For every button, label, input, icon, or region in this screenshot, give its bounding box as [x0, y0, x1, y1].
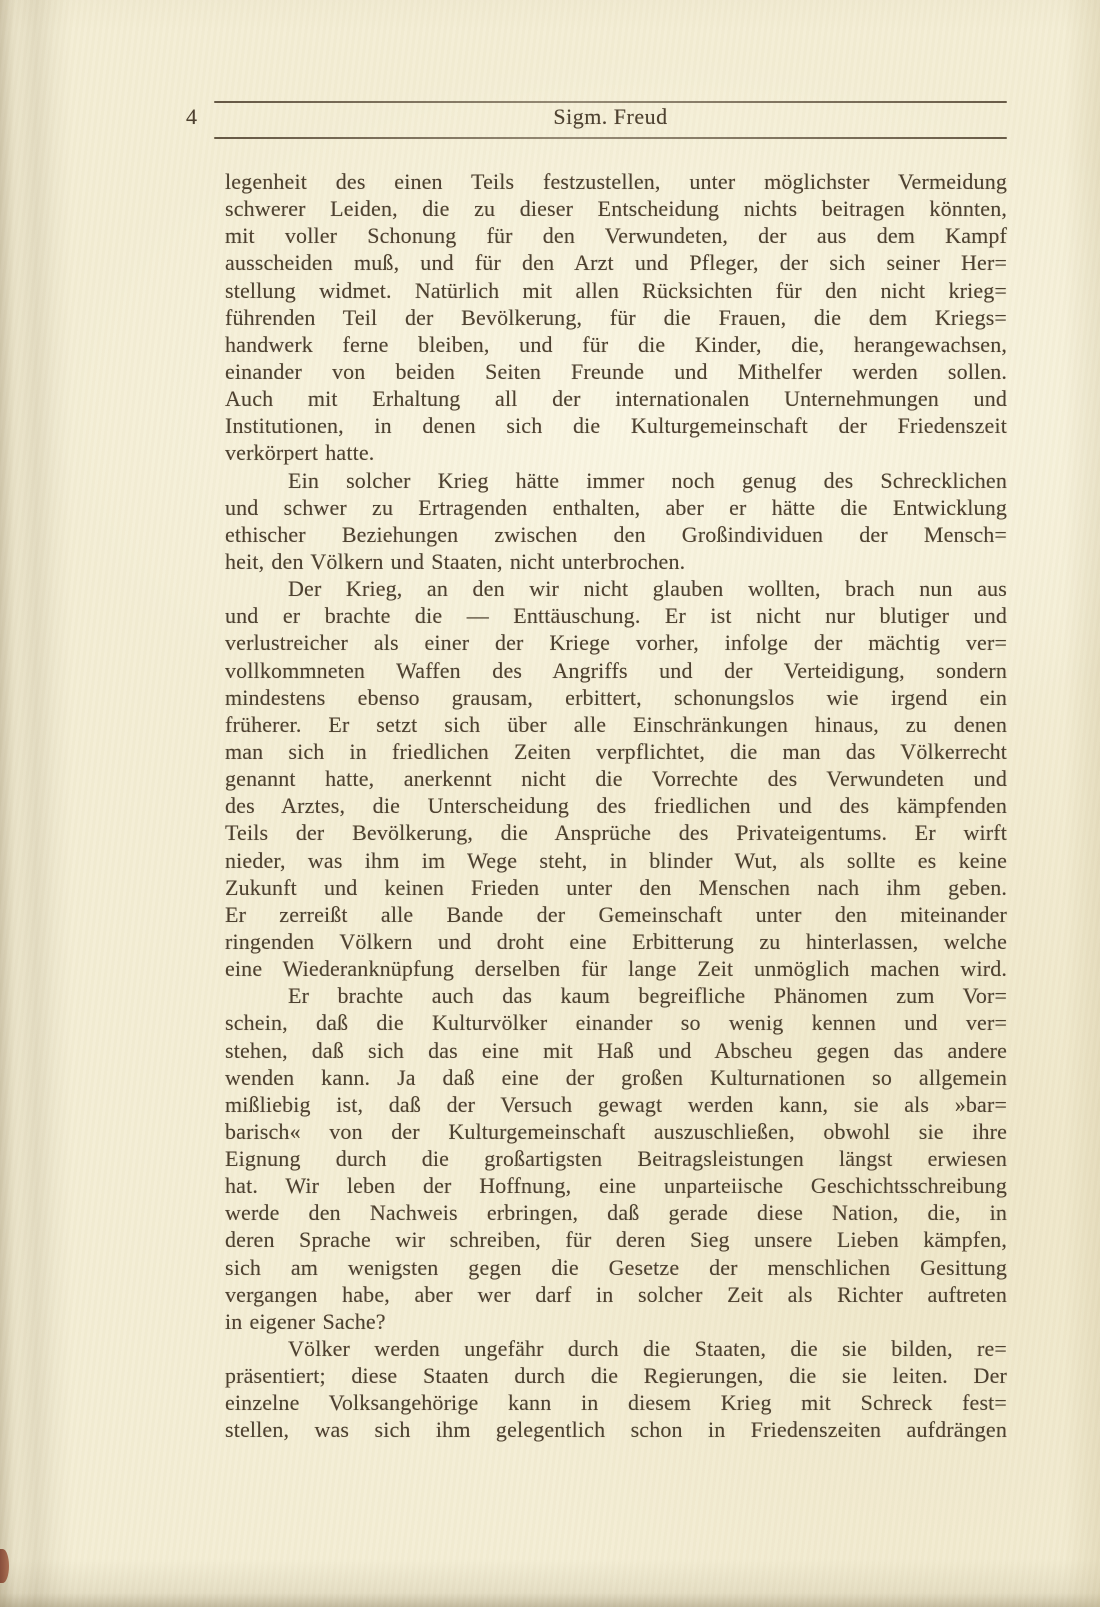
paragraph: Völker werden ungefähr durch die Staaten… — [225, 1335, 1007, 1444]
text-line: ausscheiden muß, und für den Arzt und Pf… — [225, 249, 1007, 276]
text-line: ethischer Beziehungen zwischen den Großi… — [225, 521, 1007, 548]
text-line: Eignung durch die großartigsten Beitrags… — [225, 1145, 1007, 1172]
text-line: und er brachte die — Enttäuschung. Er is… — [225, 602, 1007, 629]
text-line: schwerer Leiden, die zu dieser Entscheid… — [225, 195, 1007, 222]
text-line: einander von beiden Seiten Freunde und M… — [225, 358, 1007, 385]
text-line: Auch mit Erhaltung all der international… — [225, 385, 1007, 412]
text-line: Er brachte auch das kaum begreifliche Ph… — [225, 982, 1007, 1009]
running-title: Sigm. Freud — [214, 104, 1007, 130]
text-line: stehen, daß sich das eine mit Haß und Ab… — [225, 1037, 1007, 1064]
text-line: verkörpert hatte. — [225, 439, 1007, 466]
text-line: ringenden Völkern und droht eine Erbitte… — [225, 928, 1007, 955]
text-line: früherer. Er setzt sich über alle Einsch… — [225, 711, 1007, 738]
text-line: Ein solcher Krieg hätte immer noch genug… — [225, 467, 1007, 494]
text-line: Teils der Bevölkerung, die Ansprüche des… — [225, 819, 1007, 846]
text-line: wenden kann. Ja daß eine der großen Kult… — [225, 1064, 1007, 1091]
text-line: führenden Teil der Bevölkerung, für die … — [225, 304, 1007, 331]
text-line: mit voller Schonung für den Verwundeten,… — [225, 222, 1007, 249]
book-page: 4 Sigm. Freud legenheit des einen Teils … — [0, 0, 1100, 1607]
text-line: hat. Wir leben der Hoffnung, eine unpart… — [225, 1172, 1007, 1199]
text-line: stellung widmet. Natürlich mit allen Rüc… — [225, 277, 1007, 304]
text-line: eine Wiederanknüpfung derselben für lang… — [225, 955, 1007, 982]
text-line: stellen, was sich ihm gelegentlich schon… — [225, 1416, 1007, 1443]
text-line: sich am wenigsten gegen die Gesetze der … — [225, 1254, 1007, 1281]
text-line: legenheit des einen Teils festzustellen,… — [225, 168, 1007, 195]
text-line: deren Sprache wir schreiben, für deren S… — [225, 1226, 1007, 1253]
paragraph: Der Krieg, an den wir nicht glauben woll… — [225, 575, 1007, 982]
page-number: 4 — [186, 104, 197, 130]
text-line: vergangen habe, aber wer darf in solcher… — [225, 1281, 1007, 1308]
text-line: werde den Nachweis erbringen, daß gerade… — [225, 1199, 1007, 1226]
text-line: mindestens ebenso grausam, erbittert, sc… — [225, 684, 1007, 711]
text-line: Zukunft und keinen Frieden unter den Men… — [225, 874, 1007, 901]
text-line: präsentiert; diese Staaten durch die Reg… — [225, 1362, 1007, 1389]
text-line: Er zerreißt alle Bande der Gemeinschaft … — [225, 901, 1007, 928]
text-line: schein, daß die Kulturvölker einander so… — [225, 1009, 1007, 1036]
text-line: nieder, was ihm im Wege steht, in blinde… — [225, 847, 1007, 874]
text-line: man sich in friedlichen Zeiten verpflich… — [225, 738, 1007, 765]
text-line: und schwer zu Ertragenden enthalten, abe… — [225, 494, 1007, 521]
text-line: Institutionen, in denen sich die Kulturg… — [225, 412, 1007, 439]
text-line: vollkommneten Waffen des Angriffs und de… — [225, 657, 1007, 684]
paragraph: Ein solcher Krieg hätte immer noch genug… — [225, 467, 1007, 576]
text-line: Völker werden ungefähr durch die Staaten… — [225, 1335, 1007, 1362]
text-line: einzelne Volksangehörige kann in diesem … — [225, 1389, 1007, 1416]
header-rule-top — [214, 101, 1007, 103]
text-line: in eigener Sache? — [225, 1308, 1007, 1335]
binding-mark — [0, 1549, 9, 1583]
text-line: verlustreicher als einer der Kriege vorh… — [225, 629, 1007, 656]
paragraph: Er brachte auch das kaum begreifliche Ph… — [225, 982, 1007, 1335]
text-line: mißliebig ist, daß der Versuch gewagt we… — [225, 1091, 1007, 1118]
text-line: heit, den Völkern und Staaten, nicht unt… — [225, 548, 1007, 575]
text-line: des Arztes, die Unterscheidung des fried… — [225, 792, 1007, 819]
text-line: Der Krieg, an den wir nicht glauben woll… — [225, 575, 1007, 602]
header-rule-bottom — [214, 137, 1007, 139]
text-line: barisch« von der Kulturgemeinschaft ausz… — [225, 1118, 1007, 1145]
text-line: handwerk ferne bleiben, und für die Kind… — [225, 331, 1007, 358]
paragraph: legenheit des einen Teils festzustellen,… — [225, 168, 1007, 467]
text-line: genannt hatte, anerkennt nicht die Vorre… — [225, 765, 1007, 792]
text-block: legenheit des einen Teils festzustellen,… — [225, 168, 1007, 1444]
